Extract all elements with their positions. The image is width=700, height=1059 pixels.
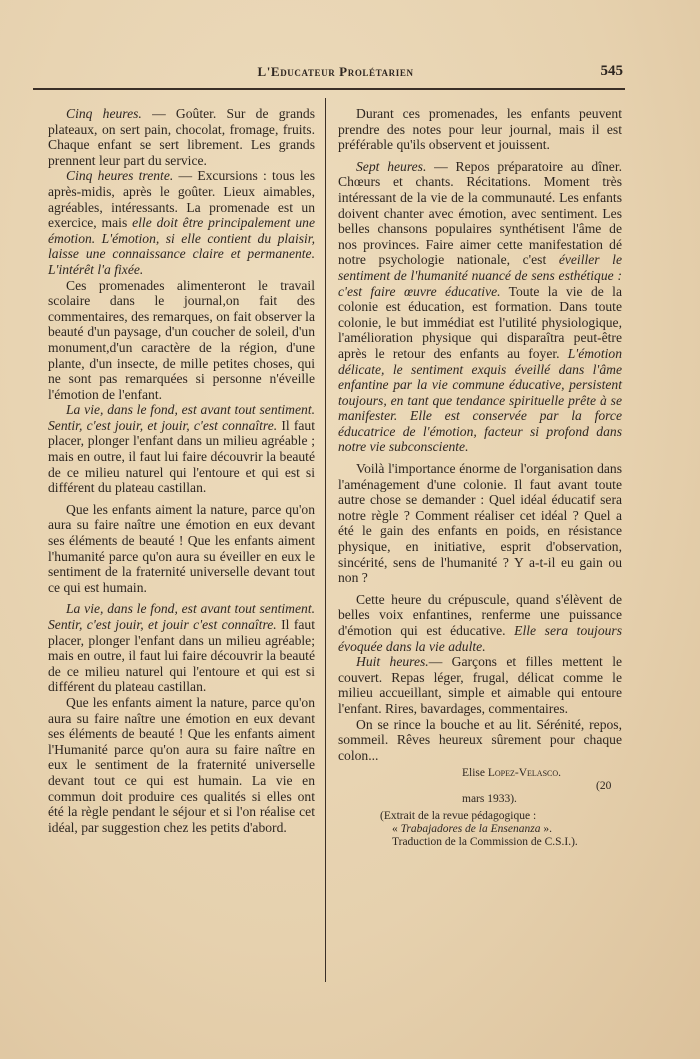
paragraph-on-se-rince: On se rince la bouche et au lit. Sérénit… [338,717,622,764]
paragraph-nature-2: Que les enfants aiment la nature, parce … [48,695,315,835]
paragraph-cinq-heures: Cinq heures. — Goûter. Sur de grands pla… [48,106,315,168]
running-title: L'Educateur Prolétarien [48,64,623,80]
paragraph-cinq-heures-trente: Cinq heures trente. — Excursions : tous … [48,168,315,277]
paragraph-huit-heures: Huit heures.— Garçons et filles mettent … [338,654,622,716]
section-lead: Sept heures. [356,159,426,174]
paragraph-crepuscule: Cette heure du crépuscule, quand s'élève… [338,592,622,654]
signature-date: (20 mars 1933). [462,780,611,805]
source-citation: (Extrait de la revue pédagogique :« Trab… [338,810,622,849]
paragraph-durant: Durant ces promenades, les enfants peuve… [338,106,622,153]
paragraph-promenades: Ces promenades alimenteront le travail s… [48,278,315,403]
column-divider [325,98,326,982]
paragraph-la-vie-2: La vie, dans le fond, est avant tout sen… [48,601,315,695]
paragraph-nature-1: Que les enfants aiment la nature, parce … [48,502,315,596]
section-lead: Cinq heures trente. [66,168,173,183]
left-column: Cinq heures. — Goûter. Sur de grands pla… [48,106,315,835]
author-signature: Elise Lopez-Velasco.(20 mars 1933). [338,767,622,806]
paragraph-voila: Voilà l'importance énorme de l'organisat… [338,461,622,586]
page-header: L'Educateur Prolétarien 545 [48,60,623,86]
header-rule [33,88,625,90]
source-title: Trabajadores de la Ensenanza [401,823,541,835]
section-lead: Cinq heures. [66,106,142,121]
paragraph-sept-heures: Sept heures. — Repos préparatoire au dîn… [338,159,622,455]
right-column: Durant ces promenades, les enfants peuve… [338,106,622,849]
paragraph-la-vie-1: La vie, dans le fond, est avant tout sen… [48,402,315,496]
page-number: 545 [601,63,624,80]
section-lead: Huit heures. [356,654,429,669]
